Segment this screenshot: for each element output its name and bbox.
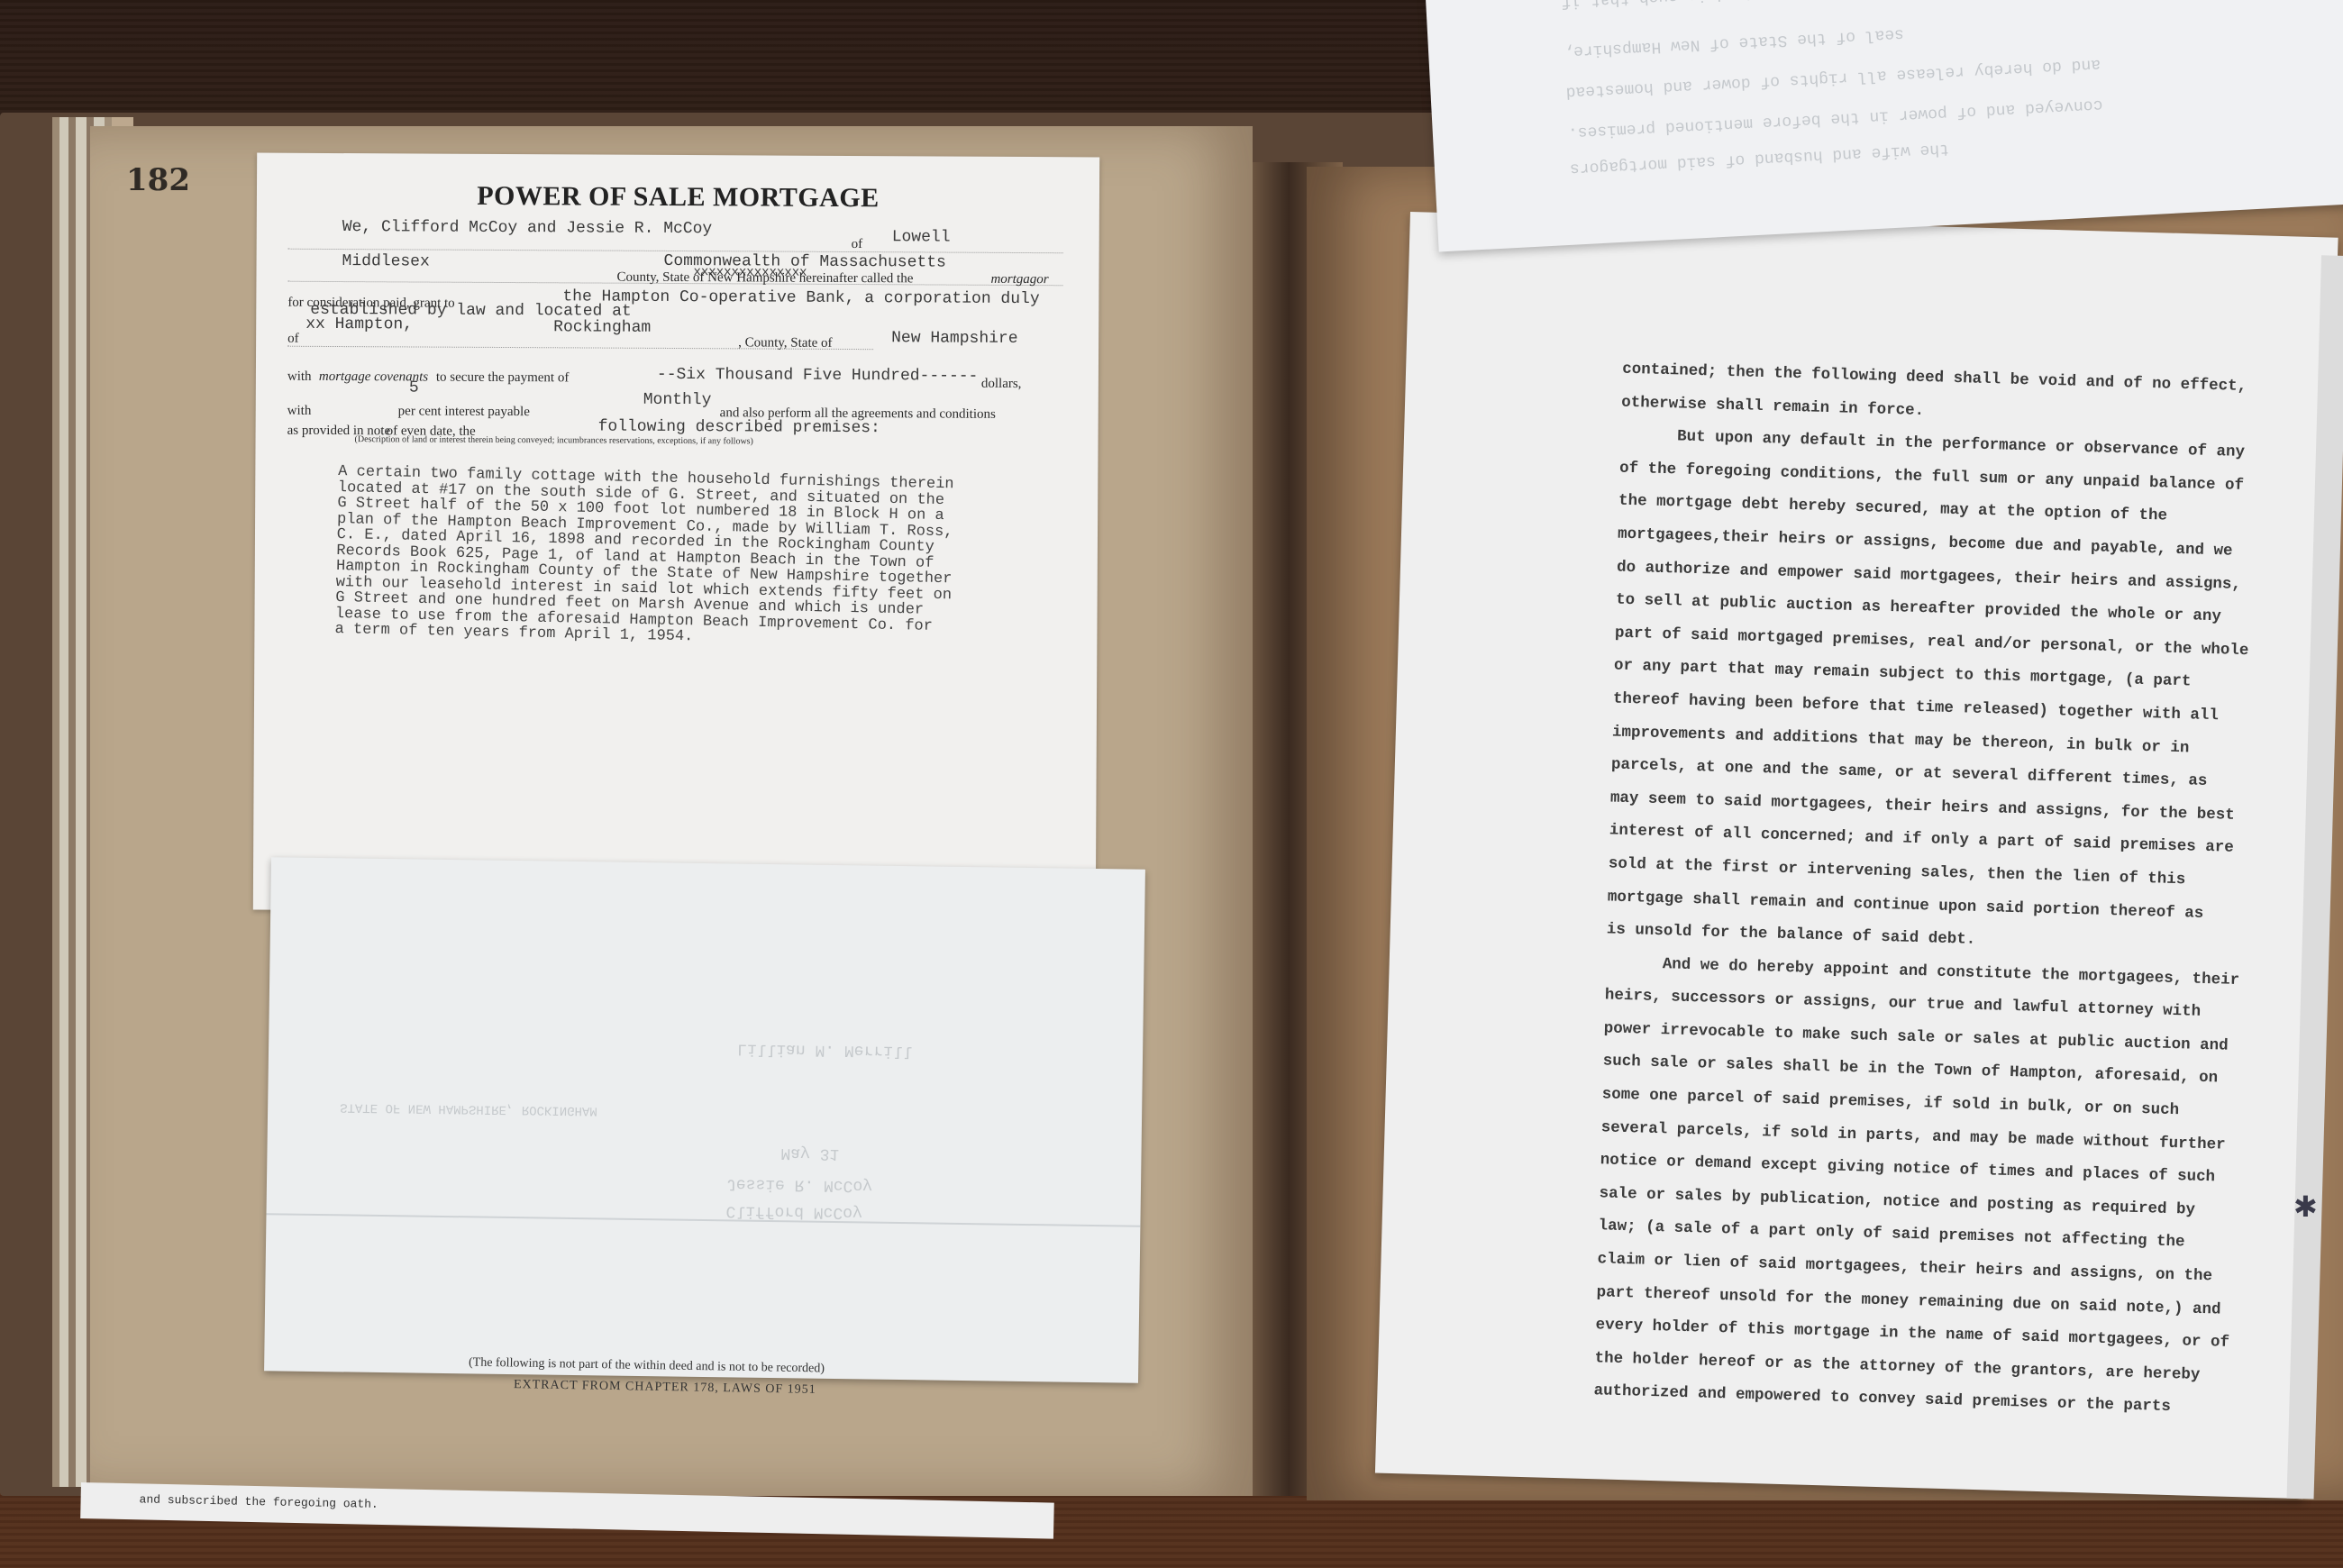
payment-frequency: Monthly bbox=[643, 391, 712, 409]
interest-label: per cent interest payable bbox=[398, 404, 530, 420]
continuation-text: contained; then the following deed shall… bbox=[1593, 353, 2271, 1427]
dollars-label: dollars, bbox=[981, 377, 1022, 392]
fold-crease bbox=[266, 1213, 1140, 1227]
premises-heading: following described premises: bbox=[598, 418, 880, 438]
county-state2-label: , County, State of bbox=[738, 335, 833, 351]
covenants-label-secure: to secure the payment of bbox=[436, 370, 570, 387]
residence-town: Lowell bbox=[892, 228, 951, 246]
residence-county: Middlesex bbox=[342, 252, 430, 271]
covenants-label-with: with bbox=[287, 369, 312, 385]
form-title: POWER OF SALE MORTGAGE bbox=[257, 180, 1099, 215]
ghost-signature-2: Jessie R. McCoy bbox=[726, 1174, 872, 1194]
of-label: of bbox=[852, 237, 863, 252]
premises-description: A certain two family cottage with the ho… bbox=[334, 464, 1059, 652]
mortgagor-label: mortgagor bbox=[990, 272, 1048, 287]
mortgagor-names: We, Clifford McCoy and Jessie R. McCoy bbox=[342, 218, 713, 238]
county-state-label: County, State of New Hampshire hereinaft… bbox=[616, 270, 913, 287]
ghost-date: May 31 bbox=[780, 1144, 839, 1162]
mortgage-continuation-page: contained; then the following deed shall… bbox=[1375, 212, 2338, 1499]
loan-amount: --Six Thousand Five Hundred------ bbox=[657, 366, 979, 386]
ghost-witness: Lillian M. Merrill bbox=[737, 1039, 913, 1060]
grantee: the Hampton Co-operative Bank, a corpora… bbox=[562, 287, 1039, 308]
oath-text: and subscribed the foregoing oath. bbox=[139, 1492, 378, 1511]
ghost-signature-1: Clifford McCoy bbox=[725, 1201, 862, 1221]
of2-label: of bbox=[287, 332, 299, 347]
ghost-state: STATE OF NEW HAMPSHIRE, ROCKINGHAM bbox=[340, 1099, 597, 1117]
margin-asterisk-mark: ✱ bbox=[2293, 1190, 2318, 1224]
mirrored-line: and do hereby release all rights of dowe… bbox=[1565, 55, 2101, 101]
mirrored-line: the condition of the foregoing deed is s… bbox=[1561, 0, 2057, 11]
mirrored-line: conveyed and of power in the before ment… bbox=[1567, 96, 2102, 141]
description-note: (Description of land or interest therein… bbox=[355, 434, 753, 446]
with-label: with bbox=[287, 404, 312, 419]
mirrored-line: seal of the State of New Hampshire, bbox=[1564, 24, 1905, 60]
page-number: 182 bbox=[126, 162, 190, 198]
interest-rate: 5 bbox=[409, 378, 419, 397]
mirrored-line: the wife and husband of said mortgagors bbox=[1570, 140, 1950, 178]
grantee-state: New Hampshire bbox=[891, 329, 1018, 348]
folded-signature-slip: Clifford McCoy Jessie R. McCoy May 31 Li… bbox=[264, 857, 1145, 1382]
mortgage-form: POWER OF SALE MORTGAGE We, Clifford McCo… bbox=[253, 153, 1099, 915]
